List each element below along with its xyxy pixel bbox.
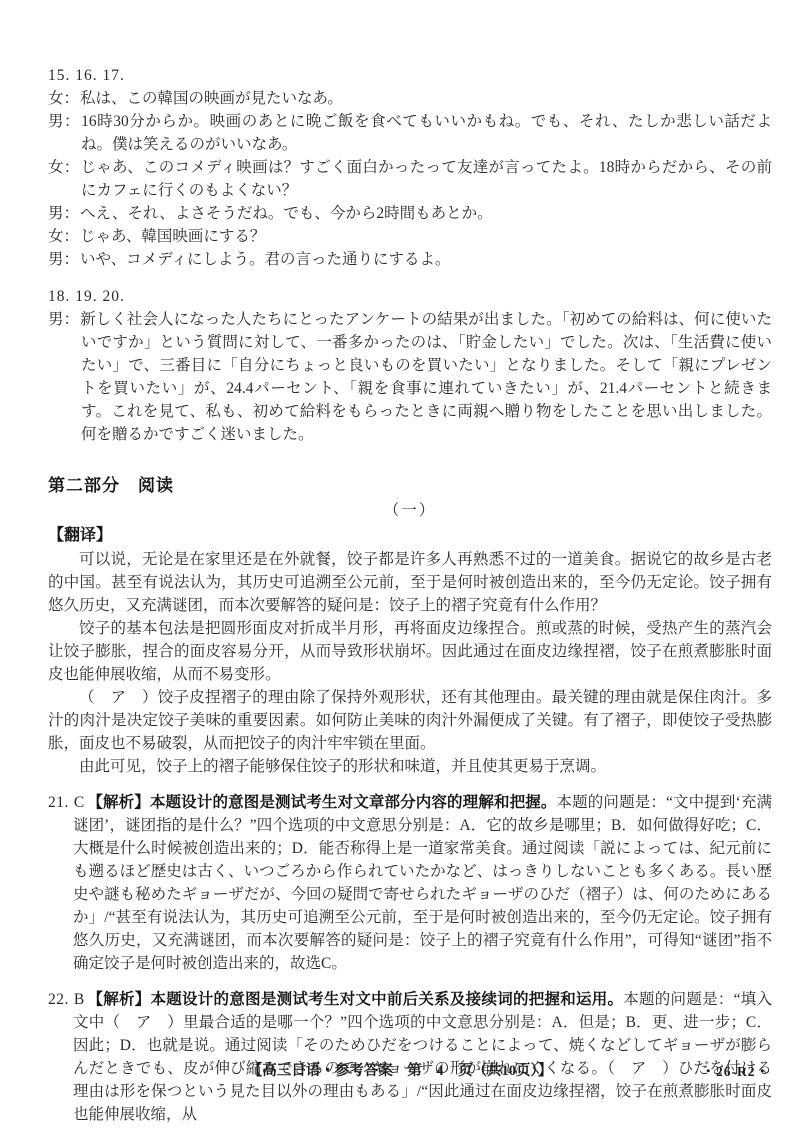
analysis-intro: 【解析】本题设计的意图是测试考生对文章部分内容的理解和把握。 [87, 794, 556, 811]
analysis-text: 本题的问题是：“填入文中（ ア ）里最合适的是哪一个？”四个选项的中文意思分别是… [73, 991, 772, 1123]
answer-key-page: 15. 16. 17. 女：私は、この韓国の映画が見たいなあ。 男：16時30分… [0, 0, 800, 1131]
dialogue-line: 男：新しく社会人になった人たちにとったアンケートの結果が出ました。「初めての給料… [48, 308, 772, 446]
dialogue-text: 新しく社会人になった人たちにとったアンケートの結果が出ました。「初めての給料は、… [80, 311, 772, 443]
answer-item-21: 21.C【解析】本题设计的意图是测试考生对文章部分内容的理解和把握。本题的问题是… [48, 791, 772, 975]
answer-letter: C [74, 794, 84, 811]
translation-paragraph: 可以说，无论是在家里还是在外就餐，饺子都是许多人再熟悉不过的一道美食。据说它的故… [48, 548, 772, 617]
dialogue-line: 女：じゃあ、このコメディ映画は？すごく面白かったって友達が言ってたよ。18時から… [48, 156, 772, 202]
dialogue-text: 16時30分からか。映画のあとに晩ご飯を食べてもいいかもね。でも、それ、たしか悲… [81, 113, 772, 153]
dialogue-text: じゃあ、このコメディ映画は？すごく面白かったって友達が言ってたよ。18時からだか… [81, 159, 772, 199]
analysis-text: 本题的问题是：“文中提到‘充满谜团’，谜团指的是什么？”四个选项的中文意思分别是… [73, 794, 772, 972]
speaker-label: 男： [48, 205, 79, 222]
dialogue-line: 男：へえ、それ、よさそうだね。でも、今から2時間もあとか。 [48, 202, 772, 225]
translation-paragraph: （ ア ）饺子皮捏褶子的理由除了保持外观形状，还有其他理由。最关键的理由就是保住… [48, 686, 772, 755]
speaker-label: 男： [48, 311, 79, 328]
page-footer: 【高三日语・参考答案 第 4 页（共10页）】 ・26-R2・ [0, 1060, 800, 1083]
dialogue-line: 女：じゃあ、韓国映画にする？ [48, 225, 772, 248]
answer-letter: B [74, 991, 84, 1008]
dialogue-text: へえ、それ、よさそうだね。でも、今から2時間もあとか。 [80, 205, 493, 222]
translation-paragraph: 饺子的基本包法是把圆形面皮对折成半月形，再将面皮边缘捏合。煎或蒸的时候，受热产生… [48, 617, 772, 686]
section-heading: 第二部分 阅读 [48, 474, 772, 497]
item-number: 22. [48, 991, 69, 1008]
footer-code: ・26-R2・ [702, 1060, 771, 1083]
answer-item-22: 22.B【解析】本题设计的意图是测试考生对文中前后关系及接续词的把握和运用。本题… [48, 988, 772, 1126]
dialogue-line: 男：16時30分からか。映画のあとに晩ご飯を食べてもいいかもね。でも、それ、たし… [48, 110, 772, 156]
translation-label: 【翻译】 [48, 524, 772, 547]
speaker-label: 女： [48, 90, 79, 107]
translation-paragraph: 由此可见，饺子上的褶子能够保住饺子的形状和味道，并且使其更易于烹调。 [48, 755, 772, 778]
subsection-number: （一） [48, 499, 772, 522]
speaker-label: 男： [48, 251, 79, 268]
dialogue-line: 女：私は、この韓国の映画が見たいなあ。 [48, 87, 772, 110]
question-numbers-15-17: 15. 16. 17. [48, 64, 772, 87]
speaker-label: 女： [48, 228, 79, 245]
footer-page-info: 【高三日语・参考答案 第 4 页（共10页）】 [248, 1063, 553, 1079]
item-number: 21. [48, 794, 69, 811]
analysis-intro: 【解析】本题设计的意图是测试考生对文中前后关系及接续词的把握和运用。 [87, 991, 623, 1008]
question-numbers-18-20: 18. 19. 20. [48, 285, 772, 308]
dialogue-text: いや、コメディにしよう。君の言った通りにするよ。 [80, 251, 450, 268]
dialogue-text: じゃあ、韓国映画にする？ [80, 228, 265, 245]
dialogue-text: 私は、この韓国の映画が見たいなあ。 [80, 90, 343, 107]
speaker-label: 女： [48, 159, 80, 176]
dialogue-line: 男：いや、コメディにしよう。君の言った通りにするよ。 [48, 248, 772, 271]
speaker-label: 男： [48, 113, 80, 130]
